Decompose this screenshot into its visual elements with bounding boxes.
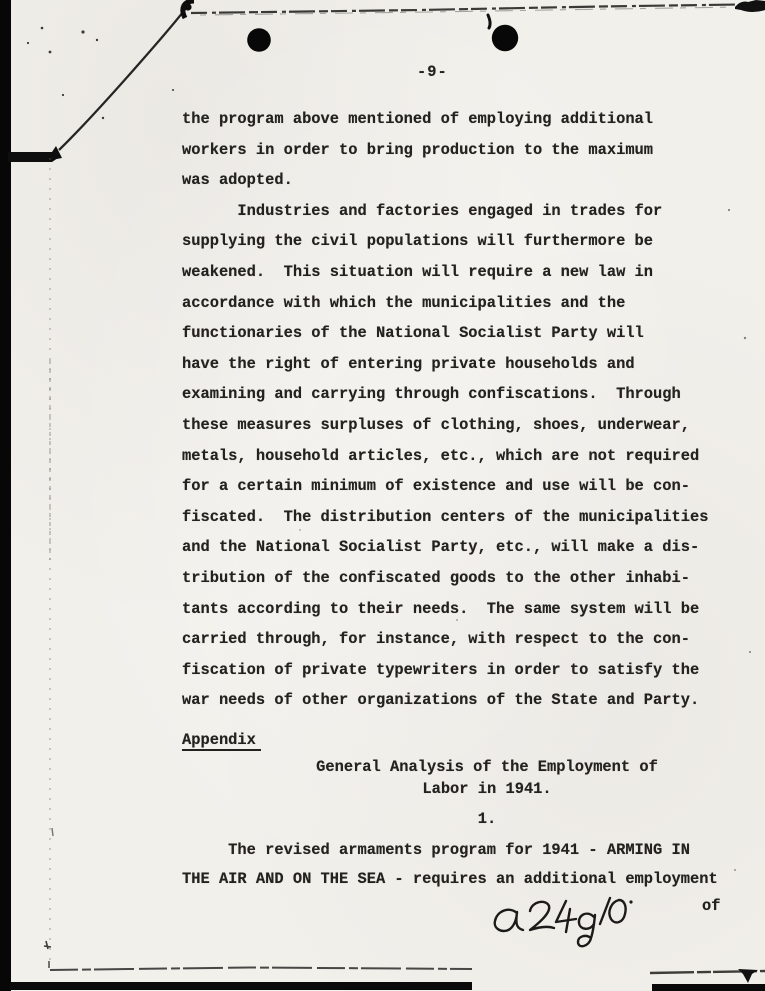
top-right-corner-smudge <box>735 0 765 12</box>
hole-punch-right <box>492 25 518 51</box>
text-line: metals, household articles, etc., which … <box>182 441 742 472</box>
text-line: carried through, for instance, with resp… <box>182 624 742 655</box>
section-number: 1. <box>182 802 742 836</box>
text-line: The revised armaments program for 1941 -… <box>182 836 742 865</box>
text-line: supplying the civil populations will fur… <box>182 226 742 257</box>
bottom-black-bar-right <box>652 984 765 991</box>
tick-mark-near-right-hole <box>488 15 490 28</box>
bottom-line-blob <box>738 969 758 983</box>
section-title-line-1: General Analysis of the Employment of <box>182 758 742 776</box>
left-margin-smudge <box>8 152 58 162</box>
typewritten-body: the program above mentioned of employing… <box>182 104 742 894</box>
text-line: THE AIR AND ON THE SEA - requires an add… <box>182 865 742 894</box>
text-line: functionaries of the National Socialist … <box>182 318 742 349</box>
text-line: war needs of other organizations of the … <box>182 685 742 716</box>
text-line: for a certain minimum of existence and u… <box>182 471 742 502</box>
text-line: accordance with which the municipalities… <box>182 288 742 319</box>
left-edge-scan-bar <box>0 0 11 991</box>
bottom-edge-scratch-line <box>50 968 765 984</box>
text-line: fiscation of private typewriters in orde… <box>182 655 742 686</box>
text-line: the program above mentioned of employing… <box>182 104 742 135</box>
text-line: these measures surpluses of clothing, sh… <box>182 410 742 441</box>
section-title-line-2: Labor in 1941. <box>182 776 742 802</box>
text-line: fiscated. The distribution centers of th… <box>182 502 742 533</box>
fold-top-hook <box>183 1 194 18</box>
top-edge-scratch-line <box>191 5 740 16</box>
appendix-heading: Appendix <box>182 722 742 758</box>
text-line: tribution of the confiscated goods to th… <box>182 563 742 594</box>
text-line: and the National Socialist Party, etc., … <box>182 532 742 563</box>
text-line: Industries and factories engaged in trad… <box>182 196 742 227</box>
text-line: tants according to their needs. The same… <box>182 594 742 625</box>
handwritten-annotation <box>495 898 633 946</box>
text-line: examining and carrying through confiscat… <box>182 379 742 410</box>
vertical-fold-dotted-line <box>44 158 53 968</box>
hole-punch-left <box>247 28 271 52</box>
text-line: workers in order to bring production to … <box>182 135 742 166</box>
text-line: was adopted. <box>182 165 742 196</box>
catchword: of <box>702 897 720 915</box>
bottom-black-bar-left <box>10 982 472 990</box>
scanned-document-page: -9- the program above mentioned of emplo… <box>0 0 765 991</box>
fold-diagonal-line <box>8 1 194 162</box>
text-line: weakened. This situation will require a … <box>182 257 742 288</box>
appendix-heading-label: Appendix <box>182 731 261 751</box>
text-line: have the right of entering private house… <box>182 349 742 380</box>
page-number: -9- <box>417 63 448 81</box>
